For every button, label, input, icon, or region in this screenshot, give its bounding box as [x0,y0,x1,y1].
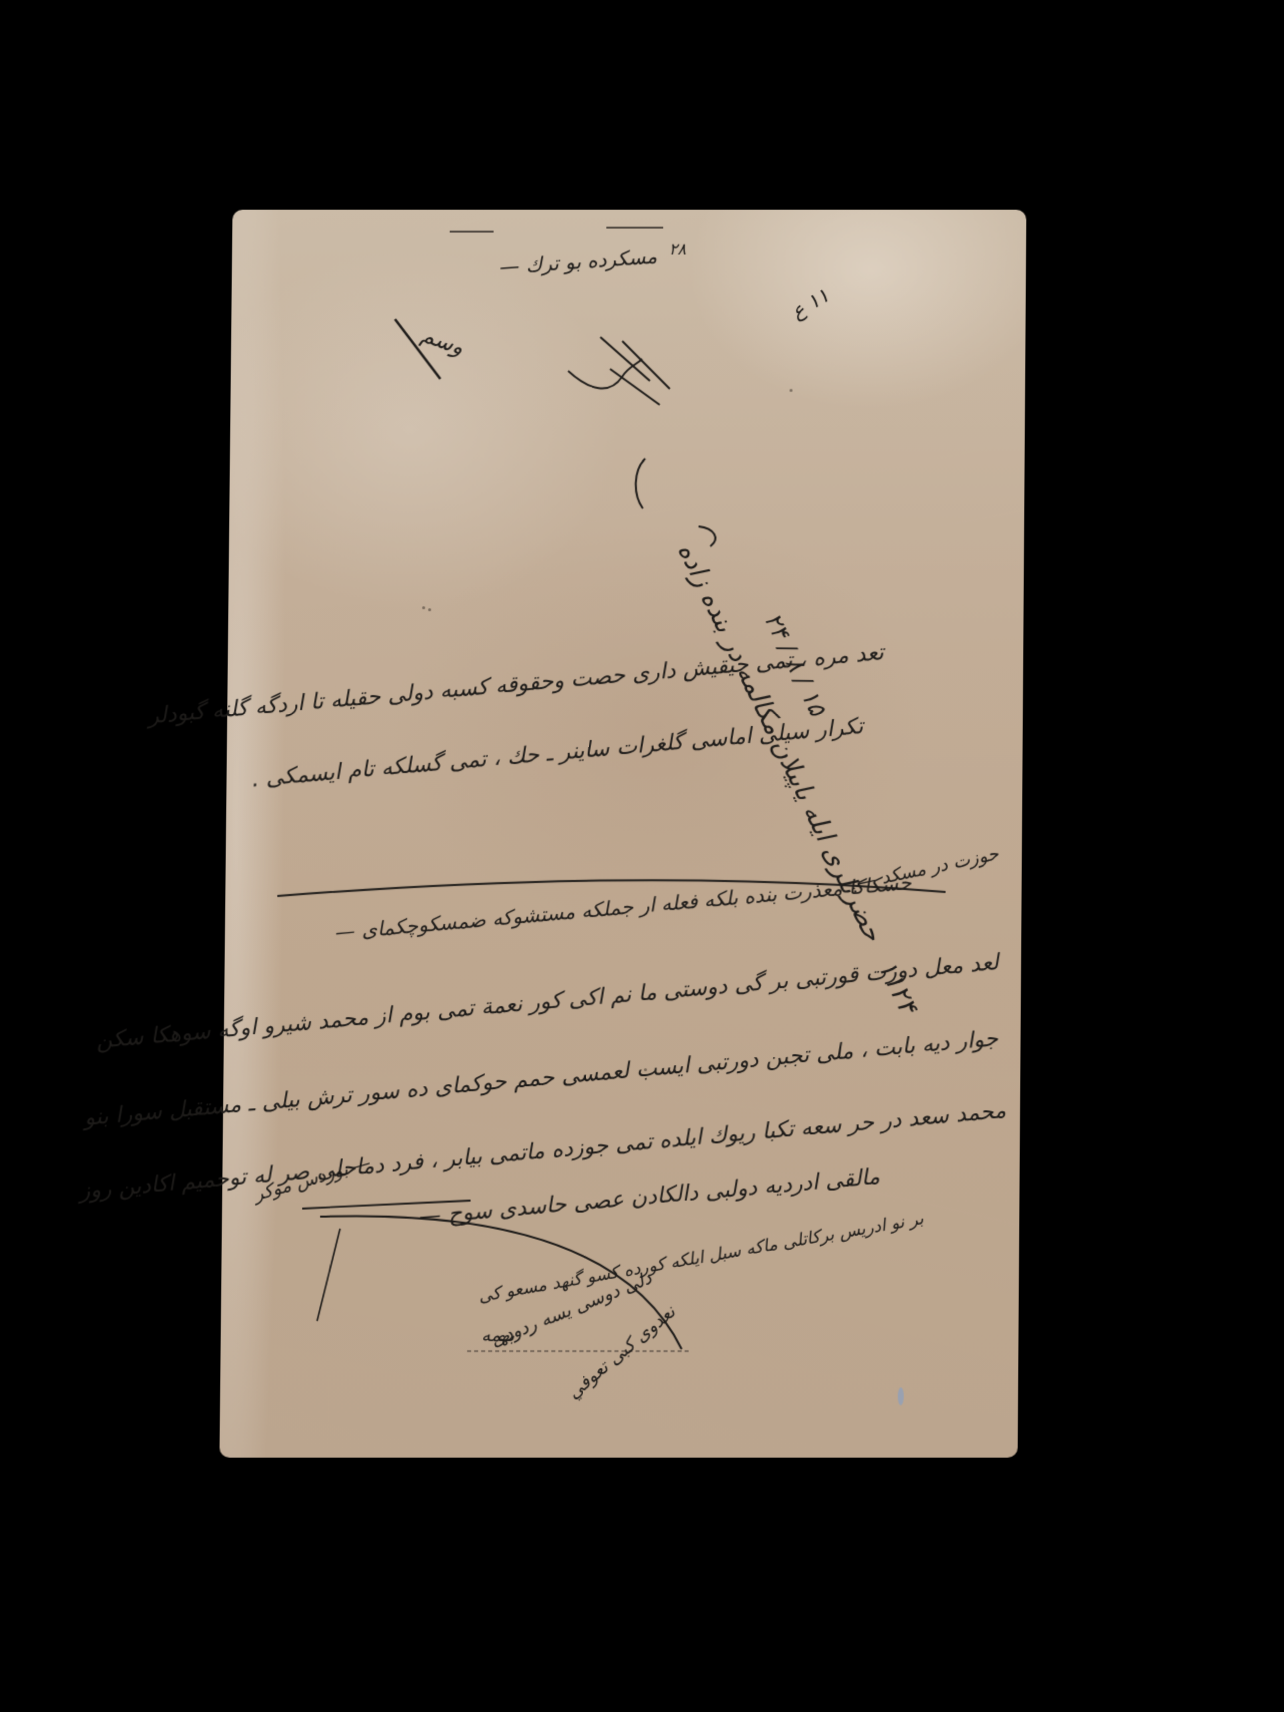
paper-speck [428,608,431,611]
paper-speck [790,389,793,392]
document-paper: مسكرده بو ترك — ۲۸ ۱۱ ع وسم ۱۱۲۴ حضرتلرى… [219,210,1026,1458]
paper-speck [422,606,425,609]
paragraph-2-line: حسكاكا معذرت بنده بلكه فعله ار جملكه مست… [335,870,913,944]
closing-arc-line: بر نو ادريس بركاتلى ماكه سبل ايلكه كورده… [477,1209,925,1307]
corner-mark: ۱۱ ع [787,283,833,323]
closing-signature: بهمه [481,1325,515,1346]
paragraph-2-line: مالقى ادرديه دولبى دالكادن عصى حاسدى سوح… [418,1165,881,1230]
top-note-number: ۲۸ [669,240,686,259]
top-note: مسكرده بو ترك — [499,244,658,279]
blue-ink-spot [898,1387,904,1405]
paper-speck [644,1068,647,1071]
left-mark: وسم [418,322,468,360]
vertical-heading: ۱۱۲۴ حضرتلرى ايله ياپيلان مكالمه در بنده… [671,538,922,1018]
